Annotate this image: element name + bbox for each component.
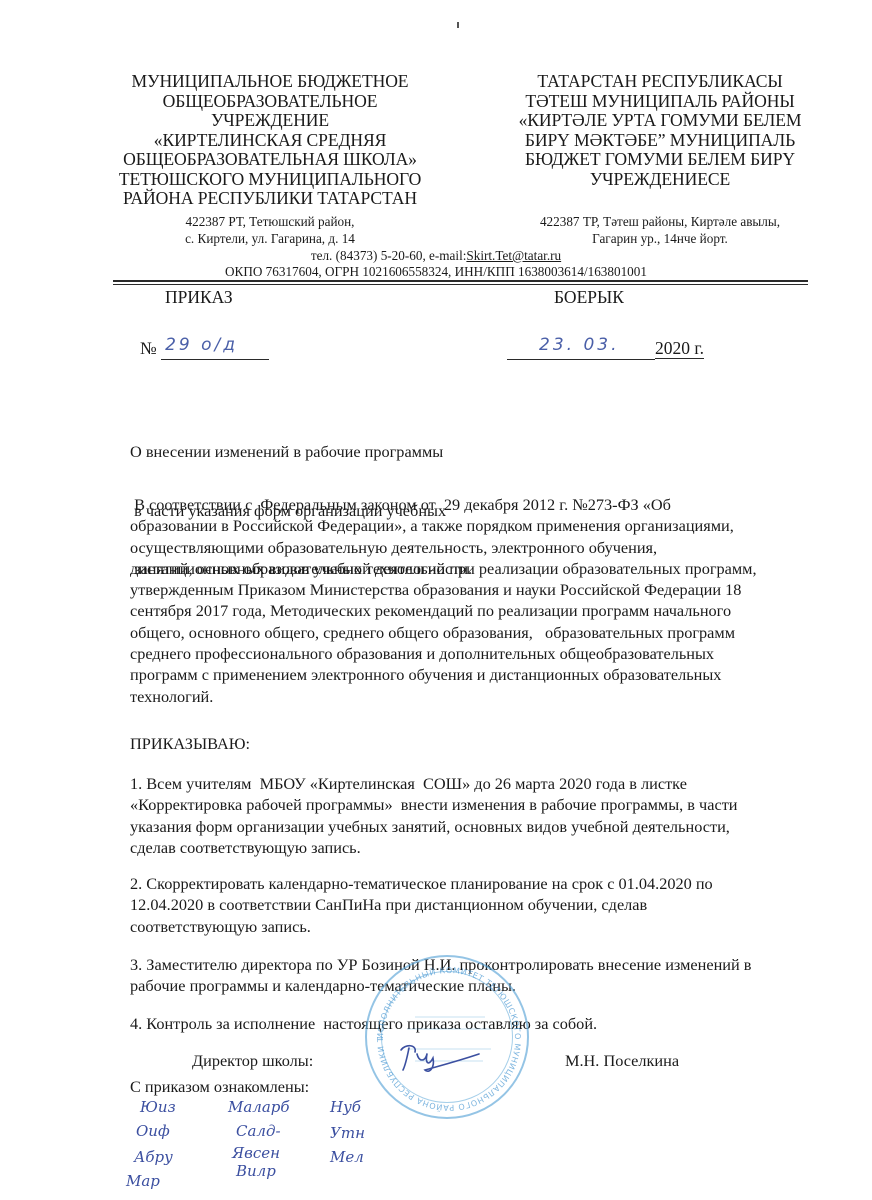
svg-text:ИСПОЛНИТЕЛЬНЫЙ КОМИТЕТ ТЕТЮШСК: ИСПОЛНИТЕЛЬНЫЙ КОМИТЕТ ТЕТЮШСКОГО МУНИЦИ… — [367, 957, 522, 1114]
org-address-ru: 422387 РТ, Тетюшский район, с. Киртели, … — [115, 213, 425, 247]
org-line: МУНИЦИПАЛЬНОЕ БЮДЖЕТНОЕ — [115, 72, 425, 92]
org-line: «КИРТЕЛИНСКАЯ СРЕДНЯЯ — [115, 131, 425, 151]
address-line: 422387 РТ, Тетюшский район, — [115, 213, 425, 230]
org-address-tt: 422387 ТР, Тәтеш районы, Киртәле авылы, … — [505, 213, 815, 247]
org-line: УЧРЕЖДЕНИЕСЕ — [505, 170, 815, 190]
preamble-line: В соответствии с Федеральным законом от … — [130, 494, 757, 515]
preamble: В соответствии с Федеральным законом от … — [130, 494, 757, 707]
subject-line: О внесении изменений в рабочие программы — [130, 442, 472, 462]
stamp-ring-text-icon: ИСПОЛНИТЕЛЬНЫЙ КОМИТЕТ ТЕТЮШСКОГО МУНИЦИ… — [367, 957, 531, 1121]
number-field: 29 о/д — [161, 338, 269, 360]
order-year: 2020 г. — [655, 338, 704, 359]
item-line: «Корректировка рабочей программы» внести… — [130, 794, 738, 815]
order-number: № 29 о/д — [140, 338, 269, 360]
org-line: «КИРТӘЛЕ УРТА ГОМУМИ БЕЛЕМ — [505, 111, 815, 131]
contact-line: тел. (84373) 5-20-60, e-mail:Skirt.Tet@t… — [0, 248, 872, 264]
handwritten-signature: Утн — [330, 1124, 365, 1142]
handwritten-signature: Вилр — [236, 1162, 276, 1180]
order-heading: ПРИКАЗЫВАЮ: — [130, 733, 250, 754]
handwritten-signature: Салд- — [236, 1122, 281, 1140]
handwritten-signature: Абру — [134, 1148, 173, 1166]
org-line: ТАТАРСТАН РЕСПУБЛИКАСЫ — [505, 72, 815, 92]
item-line: 2. Скорректировать календарно-тематическ… — [130, 873, 713, 894]
org-line: ТЕТЮШСКОГО МУНИЦИПАЛЬНОГО — [115, 170, 425, 190]
preamble-line: среднего профессионального образования и… — [130, 643, 757, 664]
preamble-line: общего, основного общего, среднего общег… — [130, 622, 757, 643]
org-header-ru: МУНИЦИПАЛЬНОЕ БЮДЖЕТНОЕ ОБЩЕОБРАЗОВАТЕЛЬ… — [115, 72, 425, 209]
header-divider — [113, 280, 808, 285]
preamble-line: образовании в Российской Федерации», а т… — [130, 515, 757, 536]
org-line: ОБЩЕОБРАЗОВАТЕЛЬНАЯ ШКОЛА» — [115, 150, 425, 170]
order-item-1: 1. Всем учителям МБОУ «Киртелинская СОШ»… — [130, 773, 738, 858]
address-line: Гагарин ур., 14нче йорт. — [505, 230, 815, 247]
order-date: 23. 03. 2020 г. — [507, 338, 704, 360]
phone: тел. (84373) 5-20-60, e-mail: — [311, 248, 467, 263]
org-line: РАЙОНА РЕСПУБЛИКИ ТАТАРСТАН — [115, 189, 425, 209]
preamble-line: дистанционных образовательных технологий… — [130, 558, 757, 579]
preamble-line: технологий. — [130, 686, 757, 707]
org-line: ОБЩЕОБРАЗОВАТЕЛЬНОЕ — [115, 92, 425, 112]
order-type-tt: БОЕРЫК — [554, 287, 624, 308]
director-signature-icon — [395, 1040, 485, 1076]
handwritten-signature: Оиф — [136, 1122, 170, 1140]
handwritten-number: 29 о/д — [165, 335, 238, 355]
signature-role: Директор школы: — [192, 1050, 313, 1071]
handwritten-signature: Мел — [330, 1148, 364, 1166]
preamble-line: сентября 2017 года, Методических рекомен… — [130, 600, 757, 621]
org-line: ТӘТЕШ МУНИЦИПАЛЬ РАЙОНЫ — [505, 92, 815, 112]
handwritten-signature: Явсен — [232, 1144, 280, 1162]
date-field: 23. 03. — [507, 338, 655, 360]
order-type-ru: ПРИКАЗ — [165, 287, 233, 308]
org-line: БИРҮ МӘКТӘБЕ” МУНИЦИПАЛЬ — [505, 131, 815, 151]
item-line: указания форм организации учебных заняти… — [130, 816, 738, 837]
official-stamp: ИСПОЛНИТЕЛЬНЫЙ КОМИТЕТ ТЕТЮШСКОГО МУНИЦИ… — [365, 955, 529, 1119]
registry-line: ОКПО 76317604, ОГРН 1021606558324, ИНН/К… — [0, 264, 872, 280]
preamble-line: утвержденным Приказом Министерства образ… — [130, 579, 757, 600]
order-item-2: 2. Скорректировать календарно-тематическ… — [130, 873, 713, 937]
item-line: соответствующую запись. — [130, 916, 713, 937]
address-line: с. Киртели, ул. Гагарина, д. 14 — [115, 230, 425, 247]
handwritten-signature: Юиз — [140, 1098, 176, 1116]
item-line: 1. Всем учителям МБОУ «Киртелинская СОШ»… — [130, 773, 738, 794]
item-line: сделав соответствующую запись. — [130, 837, 738, 858]
handwritten-signature: Маларб — [228, 1098, 290, 1116]
address-line: 422387 ТР, Тәтеш районы, Киртәле авылы, — [505, 213, 815, 230]
item-line: 12.04.2020 в соответствии СанПиНа при ди… — [130, 894, 713, 915]
org-header-tt: ТАТАРСТАН РЕСПУБЛИКАСЫ ТӘТЕШ МУНИЦИПАЛЬ … — [505, 72, 815, 189]
handwritten-signature: Мар — [126, 1172, 160, 1190]
preamble-line: программ с применением электронного обуч… — [130, 664, 757, 685]
scan-mark — [457, 22, 459, 28]
org-line: УЧРЕЖДЕНИЕ — [115, 111, 425, 131]
acknowledged-label: С приказом ознакомлены: — [130, 1076, 309, 1097]
director-name: М.Н. Поселкина — [565, 1050, 679, 1071]
email-link[interactable]: Skirt.Tet@tatar.ru — [466, 248, 561, 263]
preamble-line: осуществляющими образовательную деятельн… — [130, 537, 757, 558]
handwritten-date: 23. 03. — [539, 335, 619, 355]
number-sign: № — [140, 338, 157, 358]
handwritten-signature: Нуб — [330, 1098, 361, 1116]
org-line: БЮДЖЕТ ГОМУМИ БЕЛЕМ БИРҮ — [505, 150, 815, 170]
